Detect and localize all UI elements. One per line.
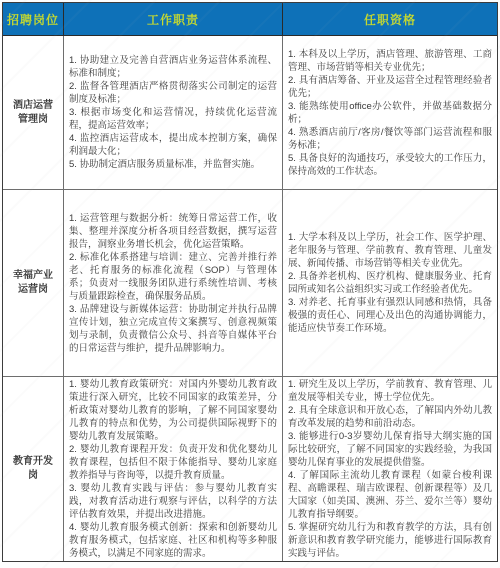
qual-item: 3. 能熟练使用office办公软件，并做基础数据分析； <box>288 100 492 126</box>
row-position-happiness-industry: 幸福产业 运营岗 <box>3 190 64 377</box>
qual-item: 1. 本科及以上学历，酒店管理、旅游管理、工商管理、市场营销等相关专业优先； <box>288 48 492 74</box>
qual-item: 5. 具备良好的沟通技巧，承受较大的工作压力，保持高效的工作状态。 <box>288 152 492 178</box>
duty-item: 1. 婴幼儿教育政策研究：对国内外婴幼儿教育政策进行深入研究，比较不同国家的政策… <box>69 378 277 443</box>
duty-item: 2. 婴幼儿教育课程开发：负责开发和优化婴幼儿教育课程，包括但不限于体能指导、婴… <box>69 443 277 482</box>
qual-item: 4. 了解国际主流幼儿教育课程（如蒙台梭利课程、高瞻课程、瑞吉欧课程、创新课程等… <box>288 469 492 521</box>
qual-item: 2. 具有全球意识和开放心态，了解国内外幼儿教育改革发展的趋势和前沿动态。 <box>288 404 492 430</box>
duty-item: 2. 监督各管理酒店严格贯彻落实公司制定的运营制度及标准； <box>69 80 277 106</box>
qual-item: 5. 掌握研究幼儿行为和教育教学的方法，具有创新意识和教育教学研究能力，能够进行… <box>288 521 492 560</box>
row-duties-happiness-industry: 1. 运营管理与数据分析：统筹日常运营工作，收集、整理并深度分析各项目经营数据，… <box>64 190 283 377</box>
qual-item: 3. 对养老、托育事业有强烈认同感和热情，具备极强的责任心、同理心及出色的沟通协… <box>288 296 492 335</box>
header-cell-position: 招聘岗位 <box>3 3 64 36</box>
duty-item: 3. 根据市场变化和运营情况，持续优化运营流程，提高运营效率； <box>69 106 277 132</box>
duty-item: 4. 监控酒店运营成本，提出成本控制方案，确保利润最大化； <box>69 132 277 158</box>
header-cell-duties: 工作职责 <box>64 3 283 36</box>
qual-item: 1. 研究生及以上学历，学前教育、教育管理、儿童发展等相关专业，博士学位优先。 <box>288 378 492 404</box>
row-quals-hotel-ops: 1. 本科及以上学历，酒店管理、旅游管理、工商管理、市场营销等相关专业优先； 2… <box>283 36 497 190</box>
header-cell-qualifications: 任职资格 <box>283 3 497 36</box>
duty-item: 1. 运营管理与数据分析：统筹日常运营工作，收集、整理并深度分析各项目经营数据，… <box>69 212 277 251</box>
row-quals-happiness-industry: 1. 大学本科及以上学历，社会工作、医学护理、老年服务与管理、学前教育、教育管理… <box>283 190 497 377</box>
row-position-education-dev: 教育开发 岗 <box>3 377 64 561</box>
duty-item: 4. 婴幼儿教育服务模式创新：探索和创新婴幼儿教育服务模式，包括家庭、社区和机构… <box>69 521 277 560</box>
duty-item: 1. 协助建立及完善自营酒店业务运营体系流程、标准和制度； <box>69 54 277 80</box>
duty-item: 3. 婴幼儿教育实践与评估：参与婴幼儿教育实践，对教育活动进行观察与评估，以科学… <box>69 482 277 521</box>
duty-item: 2. 标准化体系搭建与培训：建立、完善并推行养老、托育服务的标准化流程（SOP）… <box>69 251 277 303</box>
duty-item: 3. 品牌建设与新媒体运营：协助制定并执行品牌宣传计划，独立完成宣传文案撰写、创… <box>69 303 277 355</box>
qual-item: 2. 具备养老机构、医疗机构、健康服务业、托育园所或知名公益组织实习或工作经验者… <box>288 270 492 296</box>
row-position-hotel-ops: 酒店运营 管理岗 <box>3 36 64 190</box>
qual-item: 1. 大学本科及以上学历，社会工作、医学护理、老年服务与管理、学前教育、教育管理… <box>288 231 492 270</box>
qual-item: 3. 能够进行0-3岁婴幼儿保育指导大纲实施的国际比较研究，了解不同国家的实践经… <box>288 430 492 469</box>
row-duties-education-dev: 1. 婴幼儿教育政策研究：对国内外婴幼儿教育政策进行深入研究，比较不同国家的政策… <box>64 377 283 561</box>
qual-item: 4. 熟悉酒店前厅/客房/餐饮等部门运营流程和服务标准； <box>288 126 492 152</box>
qual-item: 2. 具有酒店筹备、开业及运营全过程管理经验者优先； <box>288 74 492 100</box>
recruitment-table: 招聘岗位 工作职责 任职资格 酒店运营 管理岗 1. 协助建立及完善自营酒店业务… <box>2 2 498 562</box>
row-quals-education-dev: 1. 研究生及以上学历，学前教育、教育管理、儿童发展等相关专业，博士学位优先。 … <box>283 377 497 561</box>
recruitment-page: 招聘岗位 工作职责 任职资格 酒店运营 管理岗 1. 协助建立及完善自营酒店业务… <box>0 0 500 568</box>
duty-item: 5. 协助制定酒店服务质量标准，并监督实施。 <box>69 158 277 171</box>
row-duties-hotel-ops: 1. 协助建立及完善自营酒店业务运营体系流程、标准和制度； 2. 监督各管理酒店… <box>64 36 283 190</box>
